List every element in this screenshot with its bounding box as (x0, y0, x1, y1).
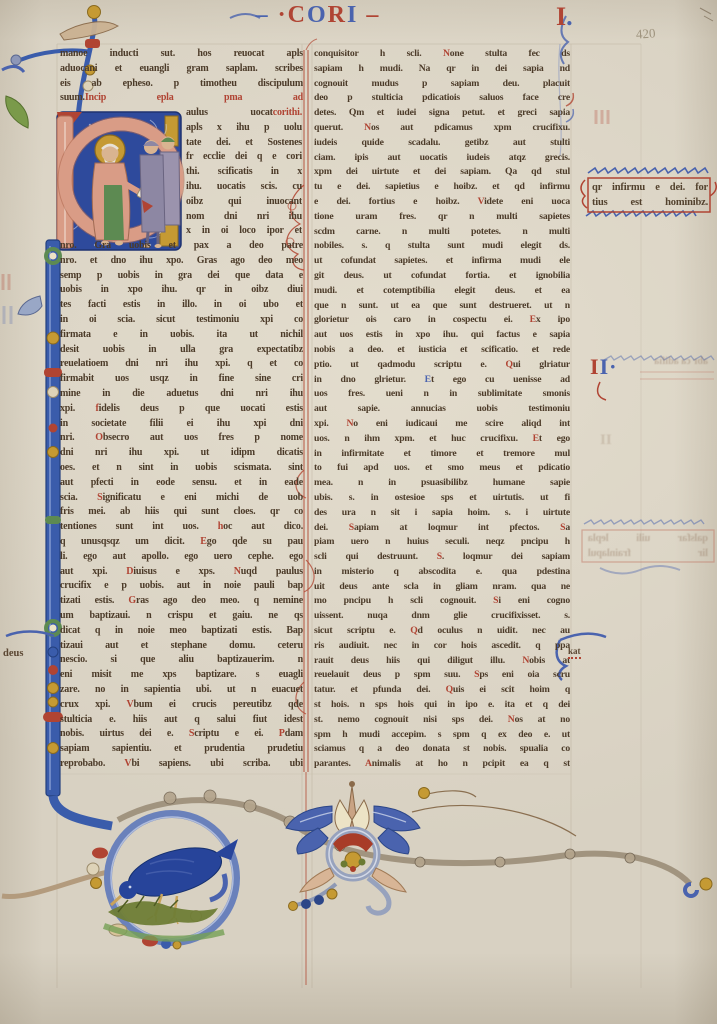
text-run: uos. n ihm xpm. et huc crucifixu. (314, 433, 533, 444)
text-run: G (128, 595, 136, 606)
text-run: querut. (314, 122, 364, 133)
text-run: I (556, 2, 566, 31)
text-line: mine in die aduetus dni nri ihu (60, 388, 303, 403)
text-run: scdm carne. n multi potetes. n multi (314, 226, 570, 237)
text-line: scia. Significatu e eni michi de uob (60, 492, 303, 507)
text-run: dni nri ihu xpi. ut idipm dicatis (60, 447, 303, 458)
text-line: oibz qui inuocant (186, 196, 302, 211)
text-run: obis at (529, 655, 570, 666)
text-run: tentiones sunt int uos. (60, 521, 218, 532)
text-run: tu e dei. sapietius e hoibz. et qd infir… (314, 181, 570, 192)
text-run: dei. (314, 522, 349, 533)
text-run: uissent. nuqa dnm glie crucifixisset. s. (314, 610, 570, 621)
text-line: conquisitor h scli. None stulta fec ds (314, 48, 570, 63)
text-run: git deus. ut cofundat fortia. et ignobil… (314, 270, 570, 281)
text-line: des ura n sit i sapia hoim. s. i uirtute (314, 507, 570, 522)
text-line: firmabit uos usqz in fine sine cri (60, 373, 303, 388)
text-run: apls x ihu p uolu (186, 122, 302, 133)
text-line: lir frainlapul (588, 547, 708, 562)
text-run: idelis deus p que uocati estis (99, 403, 303, 414)
text-line: uos. n ihm xpm. et huc crucifixu. Et ego (314, 433, 570, 448)
text-run: tate dei. et Sostenes (186, 137, 302, 148)
text-run: iuisus e xps. (133, 566, 234, 577)
text-line: in oi scia. sicut testimoniu xpi co (60, 314, 303, 329)
text-run: nescio. si que aliu baptizauerim. n (60, 654, 303, 665)
text-line: fr ecclie dei q e cori (186, 151, 302, 166)
text-line: q unusqsqz um dicit. Ego qde su pau (60, 536, 303, 551)
text-run: que n sunt. ut ea que sunt destrueret. u… (314, 300, 570, 311)
text-run: sicut scriptu e. (314, 625, 410, 636)
text-line: li. ego aut apollo. ego uero cephe. ego (60, 551, 303, 566)
folio-number-text: 420 (635, 25, 655, 41)
text-run: corithi. (273, 107, 302, 118)
text-line: oes. et n sint in uobis scismata. sint (60, 462, 303, 477)
text-line: aulus uocatcorithi. (186, 107, 302, 122)
text-run: N (443, 48, 450, 59)
text-run: fris mei. ab hiis qui sunt cloes. qr co (60, 506, 303, 517)
text-line: in misterio q abscodita e. qua pdestina (314, 566, 570, 581)
text-line: reprobabo. Vbi sapiens. ubi scriba. ubi (60, 758, 303, 773)
text-line: aut xpi. Diuisus e xps. Nuqd paulus (60, 566, 303, 581)
text-run: a (565, 522, 570, 533)
text-line: e dei. fortius e hoibz. Videte eni uoca (314, 196, 570, 211)
text-line: qr infirmu e dei. for (592, 180, 708, 195)
text-run: nobis a deo. et iusticia et scificatio. … (314, 344, 570, 355)
text-line: dei. Sapiam at loqmur int pfectos. Sa (314, 522, 570, 537)
text-run: cognouit mudus p sapiam deu. placuit (314, 78, 570, 89)
text-run: ut cofundat sapietes. et infirma mudi el… (314, 255, 570, 266)
text-run: Q (506, 359, 513, 370)
text-run: ris audiuit. nec in cor hois ascedit. q … (314, 640, 570, 651)
text-run: deo p stulticia pdicatiois saluos face c… (314, 92, 570, 103)
text-line: tione uram fres. qr n multi sapietes (314, 211, 570, 226)
text-run: tizaui aut et stephane domu. ceteru (60, 640, 303, 651)
text-line: git deus. ut cofundat fortia. et ignobil… (314, 270, 570, 285)
text-line: ihu. uocatis scis. cu (186, 181, 302, 196)
text-run: nobiles. s. q stulta sunt mudi elegit ds… (314, 240, 570, 251)
left-column-text: nro. Gra uobis et pax a deo patrenro. et… (60, 240, 303, 773)
illuminated-initial-p (57, 112, 184, 250)
left-margin-gloss: deus (3, 648, 23, 659)
text-run: Q (446, 684, 453, 695)
text-run: glorietur ois caro in cospectu ei. (314, 314, 530, 325)
text-run: manoe inducti sut. hos reuocat apls (60, 48, 303, 59)
text-run: oibz qui inuocant (186, 196, 302, 207)
text-run: nobis. uirtus dei e. (60, 728, 189, 739)
text-run: oes. et n sint in uobis scismata. sint (60, 462, 303, 473)
text-run: ignificatu e eni michi de uob (103, 492, 304, 503)
text-run: aut xpi. (60, 566, 126, 577)
text-line: dni nri ihu xpi. ut idipm dicatis (60, 447, 303, 462)
text-run: aut uos estis in xpo ihu. qui factus e s… (314, 329, 570, 340)
text-run: tione uram fres. qr n multi sapietes (314, 211, 570, 222)
text-line: ptio. ut qadmodu scriptu e. Qui glriatur (314, 359, 570, 374)
text-run: mine in die aduetus dni nri ihu (60, 388, 303, 399)
text-line: parantes. Animalis at ho n pcipit ea q s… (314, 758, 570, 773)
text-run: xpi. (314, 418, 346, 429)
text-line: glorietur ois caro in cospectu ei. Ex ip… (314, 314, 570, 329)
text-run: firmata e in uobis. ita ut nichil (60, 329, 303, 340)
text-line: scdm carne. n multi potetes. n multi (314, 226, 570, 241)
text-run: in misterio q abscodita e. qua pdestina (314, 566, 570, 577)
text-run: ihu. uocatis scis. cu (186, 181, 302, 192)
text-run: reprobabo. (60, 758, 124, 769)
text-run: fr ecclie dei q e cori (186, 151, 302, 162)
text-run: oc aut dico. (223, 521, 303, 532)
text-line: firmata e in uobis. ita ut nichil (60, 329, 303, 344)
text-run: nro. Gra uobis et pax a deo patre (60, 240, 303, 251)
text-run: A (365, 758, 372, 769)
text-line: st. nemo cognouit nisi sps dei. Nos at n… (314, 714, 570, 729)
text-run: sapiam h mudi. Na qr in dei sapia nd (314, 63, 570, 74)
text-run: tes facti estis in illo. in oi ubo et (60, 299, 303, 310)
text-line: in infirmitate et timore et tremore mul (314, 448, 570, 463)
text-run: st hois. n sps hois qui in ipo e. ita et… (314, 699, 570, 710)
text-line: uit deus ante scla in gliam nram. qua ne (314, 581, 570, 596)
text-run: bi sapiens. ubi scriba. ubi (131, 758, 303, 769)
text-line: uissent. nuqa dnm glie crucifixisset. s. (314, 610, 570, 625)
text-line: uos fres. ueni n in sublimitate smonis (314, 388, 570, 403)
text-run: t ego (539, 433, 570, 444)
text-line: xpi. No eni iudicaui me scire aliqd int (314, 418, 570, 433)
text-run: spm h mudi accepim. s spm q ex deo e. ut (314, 729, 570, 740)
text-run: i eni cogno (498, 595, 570, 606)
text-line: stulticia e. hiis aut q salui fiut idest (60, 714, 303, 729)
text-run: stulticia e. hiis aut q salui fiut idest (60, 714, 303, 725)
text-line: reuelatioem dni nri ihu xpi. q et co (60, 358, 303, 373)
text-run: aut sapie. annucias uobis testimoniu (314, 403, 570, 414)
text-line: xpm dei uirtute et dei sapiam. Qa qd stu… (314, 166, 570, 181)
show-through-text: abr ca adifia (608, 356, 708, 367)
text-run: conquisitor h scli. (314, 48, 443, 59)
text-line: que n sunt. ut ea que sunt destrueret. u… (314, 300, 570, 315)
text-run: reuelauit deus p spm suu. (314, 669, 474, 680)
text-line: iudeis quide scadalu. getibz aut stulti (314, 137, 570, 152)
show-through-note: qalsfar uili leplalir frainlapul (588, 532, 708, 562)
text-run: desit uobis in ulla gra expectatibz (60, 344, 303, 355)
text-line: nobis. uirtus dei e. Scriptu e ei. Pdam (60, 728, 303, 743)
text-run: parantes. (314, 758, 365, 769)
right-column-text: conquisitor h scli. None stulta fec dssa… (314, 48, 570, 773)
text-line: ris audiuit. nec in cor hois ascedit. q … (314, 640, 570, 655)
text-run: sapiam sapientiu. et prudentia prudetiu (60, 743, 303, 754)
text-run: ptio. ut qadmodu scriptu e. (314, 359, 506, 370)
text-line: crucifix e p uobis. aut in noie pauli ba… (60, 580, 303, 595)
text-run: e dei. fortius e hoibz. (314, 196, 478, 207)
text-line: fris mei. ab hiis qui sunt cloes. qr co (60, 506, 303, 521)
book-numeral: I. (556, 2, 573, 32)
text-run: uos fres. ueni n in sublimitate smonis (314, 388, 570, 399)
text-run: in infirmitate et timore et tremore mul (314, 448, 570, 459)
text-run: ui glriatur (513, 359, 570, 370)
text-line: spm h mudi accepim. s spm q ex deo e. ut (314, 729, 570, 744)
text-line: nescio. si que aliu baptizauerim. n (60, 654, 303, 669)
text-run: lir frainlapul (588, 548, 708, 559)
text-run: ubis. s. in ostesioe sps et uirtutis. ut… (314, 492, 570, 503)
text-run: to fui apd uos. et smo meus et pdicatio (314, 462, 570, 473)
text-run: idete eni uoca (484, 196, 570, 207)
text-run: Q (410, 625, 417, 636)
text-line: rauit deus hiis qui diligut illu. Nobis … (314, 655, 570, 670)
text-run: nom dni nri ihu (186, 211, 302, 222)
text-run: ps eni oia scru (479, 669, 570, 680)
text-line: deo p stulticia pdicatiois saluos face c… (314, 92, 570, 107)
text-run: criptu e ei. (194, 728, 279, 739)
text-run: bsecro aut uos fres p nome (103, 432, 303, 443)
margin-note-box: qr infirmu e dei. fortius est hominibz. (592, 180, 708, 210)
text-run: mea. n in psuasibilibz humane sapie (314, 477, 570, 488)
prologue-text: manoe inducti sut. hos reuocat aplsaduoc… (60, 48, 303, 107)
text-run: nimalis at ho n pcipit ea q st (372, 758, 570, 769)
text-run: semp p uobis in gra dei que data e (60, 270, 303, 281)
text-run: crux xpi. (60, 699, 126, 710)
text-run: nro. et dno ihu xpo. Gras ago deo meo (60, 255, 303, 266)
text-run: xpi. (60, 403, 95, 414)
text-run: in dno glrietur. (314, 374, 425, 385)
text-line: tentiones sunt int uos. hoc aut dico. (60, 521, 303, 536)
text-run: Incip epla pma ad (85, 92, 303, 103)
text-run: mo pncipu h scli cognouit. (314, 595, 493, 606)
text-line: ut cofundat sapietes. et infirma mudi el… (314, 255, 570, 270)
text-run: dicat q in noie meo baptizati estis. Bap (60, 625, 303, 636)
text-run: xpm dei uirtute et dei sapiam. Qa qd stu… (314, 166, 570, 177)
text-run: ras ago deo meo. q nemine (136, 595, 303, 606)
text-line: tatur. et pfunda dei. Quis ei scit hoim … (314, 684, 570, 699)
small-margin-gloss: kat (568, 646, 581, 659)
text-line: xpi. fidelis deus p que uocati estis (60, 403, 303, 418)
text-run: q unusqsqz um dicit. (60, 536, 200, 547)
text-line: um baptizaui. n crispu et gaiu. ne qs (60, 610, 303, 625)
text-line: suum.Incip epla pma ad (60, 92, 303, 107)
text-run: firmabit uos usqz in fine sine cri (60, 373, 303, 384)
text-line: mo pncipu h scli cognouit. Si eni cogno (314, 595, 570, 610)
text-line: cognouit mudus p sapiam deu. placuit (314, 78, 570, 93)
text-run: qr infirmu e dei. for (592, 182, 708, 193)
text-line: eis ab epheso. p timotheu discipulum (60, 78, 303, 93)
text-run: dam (285, 728, 303, 739)
text-run: scia. (60, 492, 97, 503)
manuscript-page: – ·CORI – I. 420 P manoe inducti sut. ho… (0, 0, 717, 1024)
text-line: uobis in xpo ihu. qr in oibz diui (60, 284, 303, 299)
text-run: – (256, 2, 278, 28)
text-line: mea. n in psuasibilibz humane sapie (314, 477, 570, 492)
text-line: querut. Nos aut pdicamus xpm crucifixu. (314, 122, 570, 137)
text-run: thi. scificatis in x (186, 166, 302, 177)
text-line: mudi. et cotemptibilia elegit deus. et e… (314, 285, 570, 300)
text-run: in societate filii ei ihu xpi dni (60, 418, 303, 429)
text-line: sapiam h mudi. Na qr in dei sapia nd (314, 63, 570, 78)
text-line: desit uobis in ulla gra expectatibz (60, 344, 303, 359)
text-run: . loqmur dei sapiam (442, 551, 570, 562)
text-run: piam uero n huius seculi. neqz pncipu h (314, 536, 570, 547)
folio-number: 420 (635, 25, 656, 42)
text-run: t ego cu uenisse ad (431, 374, 570, 385)
text-run: os aut pdicamus xpm crucifixu. (371, 122, 570, 133)
text-run: reuelatioem dni nri ihu xpi. q et co (60, 358, 303, 369)
text-run: tatur. et pfunda dei. (314, 684, 446, 695)
text-run: I (347, 2, 358, 28)
text-run: C (288, 2, 307, 28)
text-run: qalsfar uili lepla (588, 533, 708, 544)
show-through-numeral: II (600, 432, 612, 449)
text-run: tizati estis. (60, 595, 128, 606)
text-line: sicut scriptu e. Qd oculus n uidit. nec … (314, 625, 570, 640)
text-run: eis ab epheso. p timotheu discipulum (60, 78, 303, 89)
text-run: uqd paulus (241, 566, 303, 577)
text-line: nri. Obsecro aut uos fres p nome (60, 432, 303, 447)
foliate-ornament (286, 781, 576, 913)
text-line: tes facti estis in illo. in oi ubo et (60, 299, 303, 314)
text-line: ubis. s. in ostesioe sps et uirtutis. ut… (314, 492, 570, 507)
text-line: x in oi loco ipor et (186, 225, 302, 240)
text-run: x ipo (536, 314, 570, 325)
text-line: nro. Gra uobis et pax a deo patre (60, 240, 303, 255)
text-run: N (364, 122, 371, 133)
text-run: os at no (515, 714, 570, 725)
text-line: manoe inducti sut. hos reuocat apls (60, 48, 303, 63)
text-line: nobiles. s. q stulta sunt mudi elegit ds… (314, 240, 570, 255)
text-run: R (328, 2, 347, 28)
text-run: nri. (60, 432, 95, 443)
text-line: aut uos estis in xpo ihu. qui factus e s… (314, 329, 570, 344)
text-run: aduocani et euangli gram saplam. scribes (60, 63, 303, 74)
text-run: ciam. ipis aut uocatis iudeis atqz greci… (314, 152, 570, 163)
text-run: aut pfecti in eode sensu. et in eade (60, 477, 303, 488)
text-line: tius est hominibz. (592, 195, 708, 210)
text-run: uit deus ante scla in gliam nram. qua ne (314, 581, 570, 592)
text-run: uobis in xpo ihu. qr in oibz diui (60, 284, 303, 295)
text-line: nom dni nri ihu (186, 211, 302, 226)
text-line: nobis a deo. et iusticia et scificatio. … (314, 344, 570, 359)
text-run: · (278, 2, 288, 28)
text-run: V (126, 699, 133, 710)
epistle-opening-text: aulus uocatcorithi.apls x ihu p uolutate… (186, 107, 302, 240)
text-line: sciamus q a deo donata st nobis. spualia… (314, 743, 570, 758)
text-run: scli qui destruunt. (314, 551, 437, 562)
text-line: detes. Qm et iudei signa petut. et greci… (314, 107, 570, 122)
text-line: to fui apd uos. et smo meus et pdicatio (314, 462, 570, 477)
text-line: thi. scificatis in x (186, 166, 302, 181)
text-run: . (566, 2, 573, 31)
text-run: O (307, 2, 328, 28)
text-line: sapiam sapientiu. et prudentia prudetiu (60, 743, 303, 758)
text-line: aut sapie. annucias uobis testimoniu (314, 403, 570, 418)
text-line: st hois. n sps hois qui in ipo e. ita et… (314, 699, 570, 714)
text-run: li. ego aut apollo. ego uero cephe. ego (60, 551, 303, 562)
text-run: one stulta fec ds (450, 48, 570, 59)
text-line: zare. no in sapientia ubi. ut n euacuet (60, 684, 303, 699)
text-line: tu e dei. sapietius e hoibz. et qd infir… (314, 181, 570, 196)
text-line: semp p uobis in gra dei que data e (60, 270, 303, 285)
text-run: tius est hominibz. (592, 197, 708, 208)
text-run: des ura n sit i sapia hoim. s. i uirtute (314, 507, 570, 518)
text-line: in societate filii ei ihu xpi dni (60, 418, 303, 433)
text-line: dicat q in noie meo baptizati estis. Bap (60, 625, 303, 640)
text-run: detes. Qm et iudei signa petut. et greci… (314, 107, 570, 118)
text-line: tizaui aut et stephane domu. ceteru (60, 640, 303, 655)
text-run: crucifix e p uobis. aut in noie pauli ba… (60, 580, 303, 591)
text-line: aduocani et euangli gram saplam. scribes (60, 63, 303, 78)
show-through-marks-blue (4, 306, 11, 324)
text-line: tizati estis. Gras ago deo meo. q nemine (60, 595, 303, 610)
text-run: mudi. et cotemptibilia elegit deus. et e… (314, 285, 570, 296)
text-run: in oi scia. sicut testimoniu xpi co (60, 314, 303, 325)
text-run: sciamus q a deo donata st nobis. spualia… (314, 743, 570, 754)
text-run: N (508, 714, 515, 725)
text-line: crux xpi. Vbum ei crucis pereutibz qde (60, 699, 303, 714)
text-run: eni misit me xps baptizare. s euagli (60, 669, 303, 680)
text-run: suum. (60, 92, 85, 103)
text-run: o eni iudicaui me scire aliqd int (353, 418, 570, 429)
text-line: piam uero n huius seculi. neqz pncipu h (314, 536, 570, 551)
text-run: st. nemo cognouit nisi sps dei. (314, 714, 508, 725)
text-line: in dno glrietur. Et ego cu uenisse ad (314, 374, 570, 389)
running-title: – ·CORI – (228, 2, 408, 29)
text-run: bum ei crucis pereutibz qde (134, 699, 303, 710)
text-line: apls x ihu p uolu (186, 122, 302, 137)
text-line: nro. et dno ihu xpo. Gras ago deo meo (60, 255, 303, 270)
text-run: zare. no in sapientia ubi. ut n euacuet (60, 684, 303, 695)
text-run: rauit deus hiis qui diligut illu. (314, 655, 522, 666)
text-run: iudeis quide scadalu. getibz aut stulti (314, 137, 570, 148)
text-run: d oculus n uidit. nec au (418, 625, 570, 636)
text-line: eni misit me xps baptizare. s euagli (60, 669, 303, 684)
text-run: apiam at loqmur int pfectos. (354, 522, 560, 533)
text-run: I (590, 354, 600, 379)
text-run: O (95, 432, 103, 443)
text-run: go qde su pau (207, 536, 303, 547)
text-line: scli qui destruunt. S. loqmur dei sapiam (314, 551, 570, 566)
text-run: N (234, 566, 241, 577)
text-line: ciam. ipis aut uocatis iudeis atqz greci… (314, 152, 570, 167)
text-run: um baptizaui. n crispu et gaiu. ne qs (60, 610, 303, 621)
text-run: uis ei scit hoim q (453, 684, 570, 695)
text-line: aut pfecti in eode sensu. et in eade (60, 477, 303, 492)
text-line: qalsfar uili lepla (588, 532, 708, 547)
text-line: tate dei. et Sostenes (186, 137, 302, 152)
text-run: aulus uocat (186, 107, 273, 118)
text-run: x in oi loco ipor et (186, 225, 302, 236)
text-run: – (358, 2, 380, 28)
text-line: reuelauit deus p spm suu. Sps eni oia sc… (314, 669, 570, 684)
